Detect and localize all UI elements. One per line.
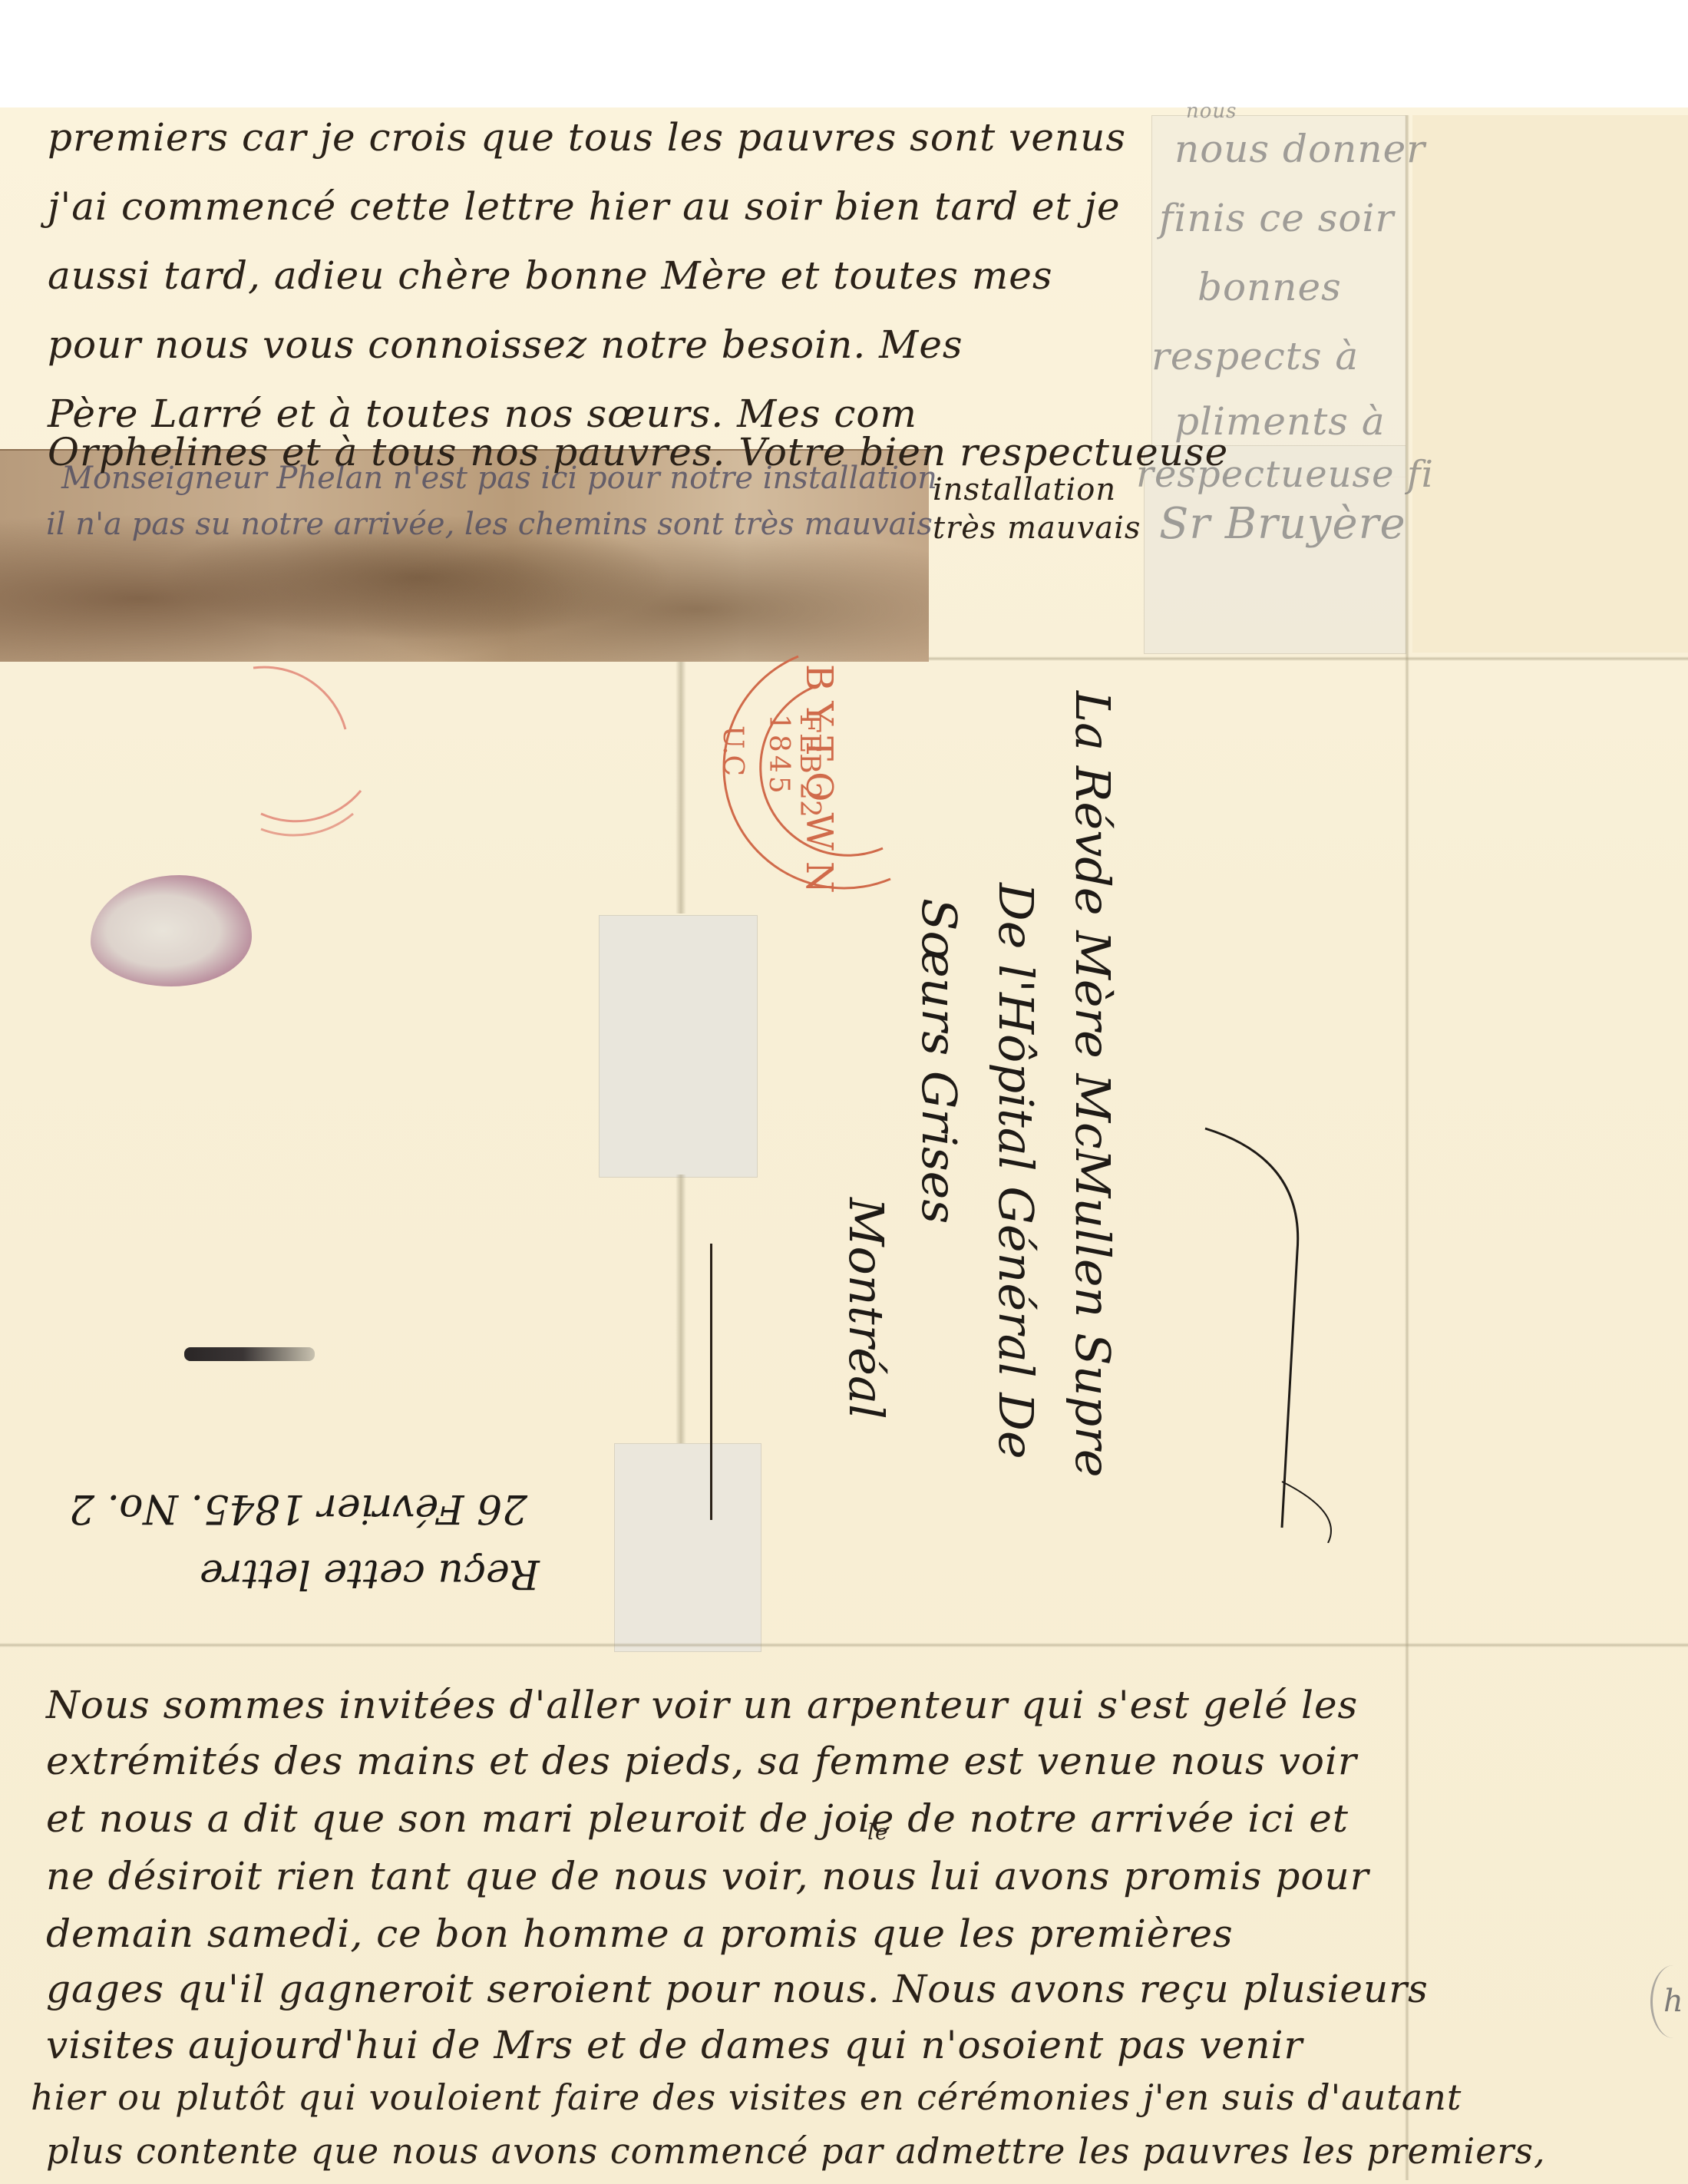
letter-line: pour nous vous connoissez notre besoin. … [48,322,963,367]
letter-line: et nous a dit que son mari pleuroit de j… [46,1796,1349,1841]
letter-line: premiers car je crois que tous les pauvr… [48,115,1126,160]
faint-continuation-line: finis ce soir [1159,196,1394,240]
letter-line: plus contente que nous avons commencé pa… [46,2130,1546,2172]
letter-line: j'ai commencé cette lettre hier au soir … [48,184,1121,229]
letter-line: gages qu'il gagneroit seroient pour nous… [46,1967,1429,2011]
letter-line: aussi tard, adieu chère bonne Mère et to… [48,253,1053,298]
faint-continuation-line: nous donner [1174,127,1425,171]
letter-line: Nous sommes invitées d'aller voir un arp… [46,1683,1358,1727]
interlinear-note: nous [1186,100,1237,123]
docket-date-line: 26 Février 1845. No. 2 [69,1485,527,1531]
repair-patch-lower [614,1443,761,1652]
ink-overlay-installation: installation [933,472,1116,507]
letter-line: Orphelines et à tous nos pauvres. Votre … [48,430,1228,474]
repair-patch-center [599,915,758,1178]
postmark-province: U.C [717,725,748,776]
address-line-recipient: La Révde Mère McMullen Supre [1065,691,1121,1478]
vertical-fold-center-lower [676,1175,686,1443]
stained-pencil-line: il n'a pas su notre arrivée, les chemins… [46,507,933,542]
faint-red-postmark-icon [230,660,399,844]
horizontal-fold-lower [0,1643,1688,1647]
postmark-year: 1845 [763,714,794,797]
ink-overlay-tres-mauvais: très mauvais [933,510,1141,546]
faint-continuation-line: respects à [1151,334,1359,378]
paper-right-panel [1412,115,1688,653]
docket-received-line: Reçu cette lettre [200,1551,540,1597]
letter-line: ne désiroit rien tant que de nous voir, … [46,1854,1369,1898]
postmark-date: FEB 22 [794,714,825,818]
letter-line: extrémités des mains et des pieds, sa fe… [46,1739,1357,1783]
address-line-city: Montréal [838,1198,894,1419]
letter-line: visites aujourd'hui de Mrs et de dames q… [46,2023,1303,2067]
address-line-order: Sœurs Grises [911,898,967,1224]
vertical-fold-right [1405,115,1409,2180]
bytown-postmark: BYTOWN FEB 22 1845 U.C [706,641,960,894]
vertical-fold-center [676,660,686,914]
letter-line: hier ou plutôt qui vouloient faire des v… [31,2077,1462,2118]
address-flourish-icon [1190,1113,1366,1543]
letter-line: demain samedi, ce bon homme a promis que… [46,1911,1234,1956]
ink-blot-mark [184,1347,315,1361]
address-underline [710,1244,712,1520]
address-line-institution: De l'Hôpital Général De [988,883,1044,1459]
faint-continuation-line: bonnes [1197,265,1342,309]
signature: Sr Bruyère [1159,499,1406,549]
